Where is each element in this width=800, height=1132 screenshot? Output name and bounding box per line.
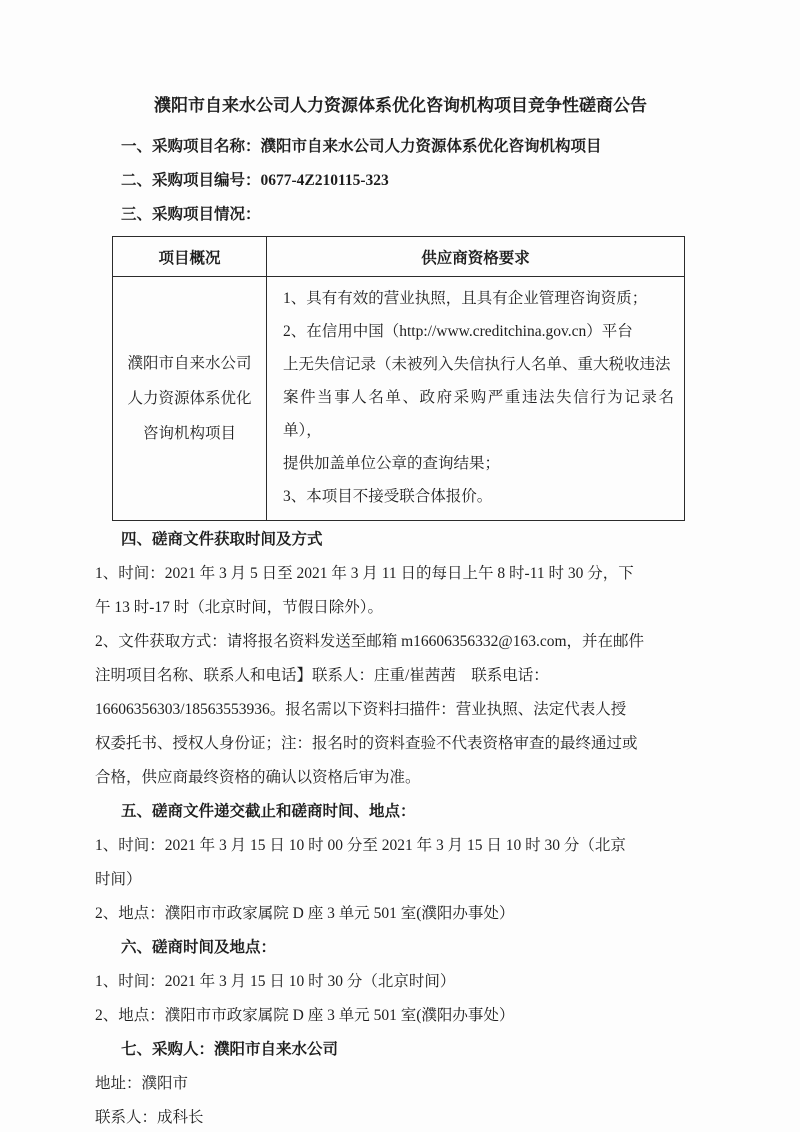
purchaser-contact: 联系人：成科长 [95,1101,706,1132]
section-4-time: 1、时间：2021 年 3 月 5 日至 2021 年 3 月 11 日的每日上… [95,557,706,625]
section-5-time: 1、时间：2021 年 3 月 15 日 10 时 00 分至 2021 年 3… [95,829,706,897]
section-5-place: 2、地点：濮阳市市政家属院 D 座 3 单元 501 室(濮阳办事处） [95,897,706,931]
requirement-3: 3、本项目不接受联合体报价。 [283,480,674,513]
document-page: 濮阳市自来水公司人力资源体系优化咨询机构项目竞争性磋商公告 一、采购项目名称：濮… [0,0,800,1132]
section-7-purchaser: 七、采购人：濮阳市自来水公司 [95,1033,706,1067]
section-2-project-number: 二、采购项目编号：0677-4Z210115-323 [95,164,706,198]
cell-supplier-requirements: 1、具有有效的营业执照，且具有企业管理咨询资质； 2、在信用中国（http://… [267,277,685,521]
section-6-time: 1、时间：2021 年 3 月 15 日 10 时 30 分（北京时间） [95,965,706,999]
document-title: 濮阳市自来水公司人力资源体系优化咨询机构项目竞争性磋商公告 [95,88,706,124]
section-3-project-info: 三、采购项目情况： [95,198,706,232]
table-header-row: 项目概况 供应商资格要求 [113,237,685,277]
section-5-heading: 五、磋商文件递交截止和磋商时间、地点： [95,795,706,829]
project-info-table: 项目概况 供应商资格要求 濮阳市自来水公司 人力资源体系优化 咨询机构项目 1、… [112,236,685,521]
requirement-2: 2、在信用中国（http://www.creditchina.gov.cn）平台… [283,315,674,480]
table-body-row: 濮阳市自来水公司 人力资源体系优化 咨询机构项目 1、具有有效的营业执照，且具有… [113,277,685,521]
purchaser-address: 地址：濮阳市 [95,1067,706,1101]
cell-project-overview: 濮阳市自来水公司 人力资源体系优化 咨询机构项目 [113,277,267,521]
table-header-supplier-requirements: 供应商资格要求 [267,237,685,277]
section-4-heading: 四、磋商文件获取时间及方式 [95,523,706,557]
section-6-place: 2、地点：濮阳市市政家属院 D 座 3 单元 501 室(濮阳办事处） [95,999,706,1033]
section-4-method: 2、文件获取方式：请将报名资料发送至邮箱 m16606356332@163.co… [95,625,706,795]
table-header-project-overview: 项目概况 [113,237,267,277]
requirement-1: 1、具有有效的营业执照，且具有企业管理咨询资质； [283,282,674,315]
section-1-project-name: 一、采购项目名称：濮阳市自来水公司人力资源体系优化咨询机构项目 [95,130,706,164]
section-6-heading: 六、磋商时间及地点： [95,931,706,965]
